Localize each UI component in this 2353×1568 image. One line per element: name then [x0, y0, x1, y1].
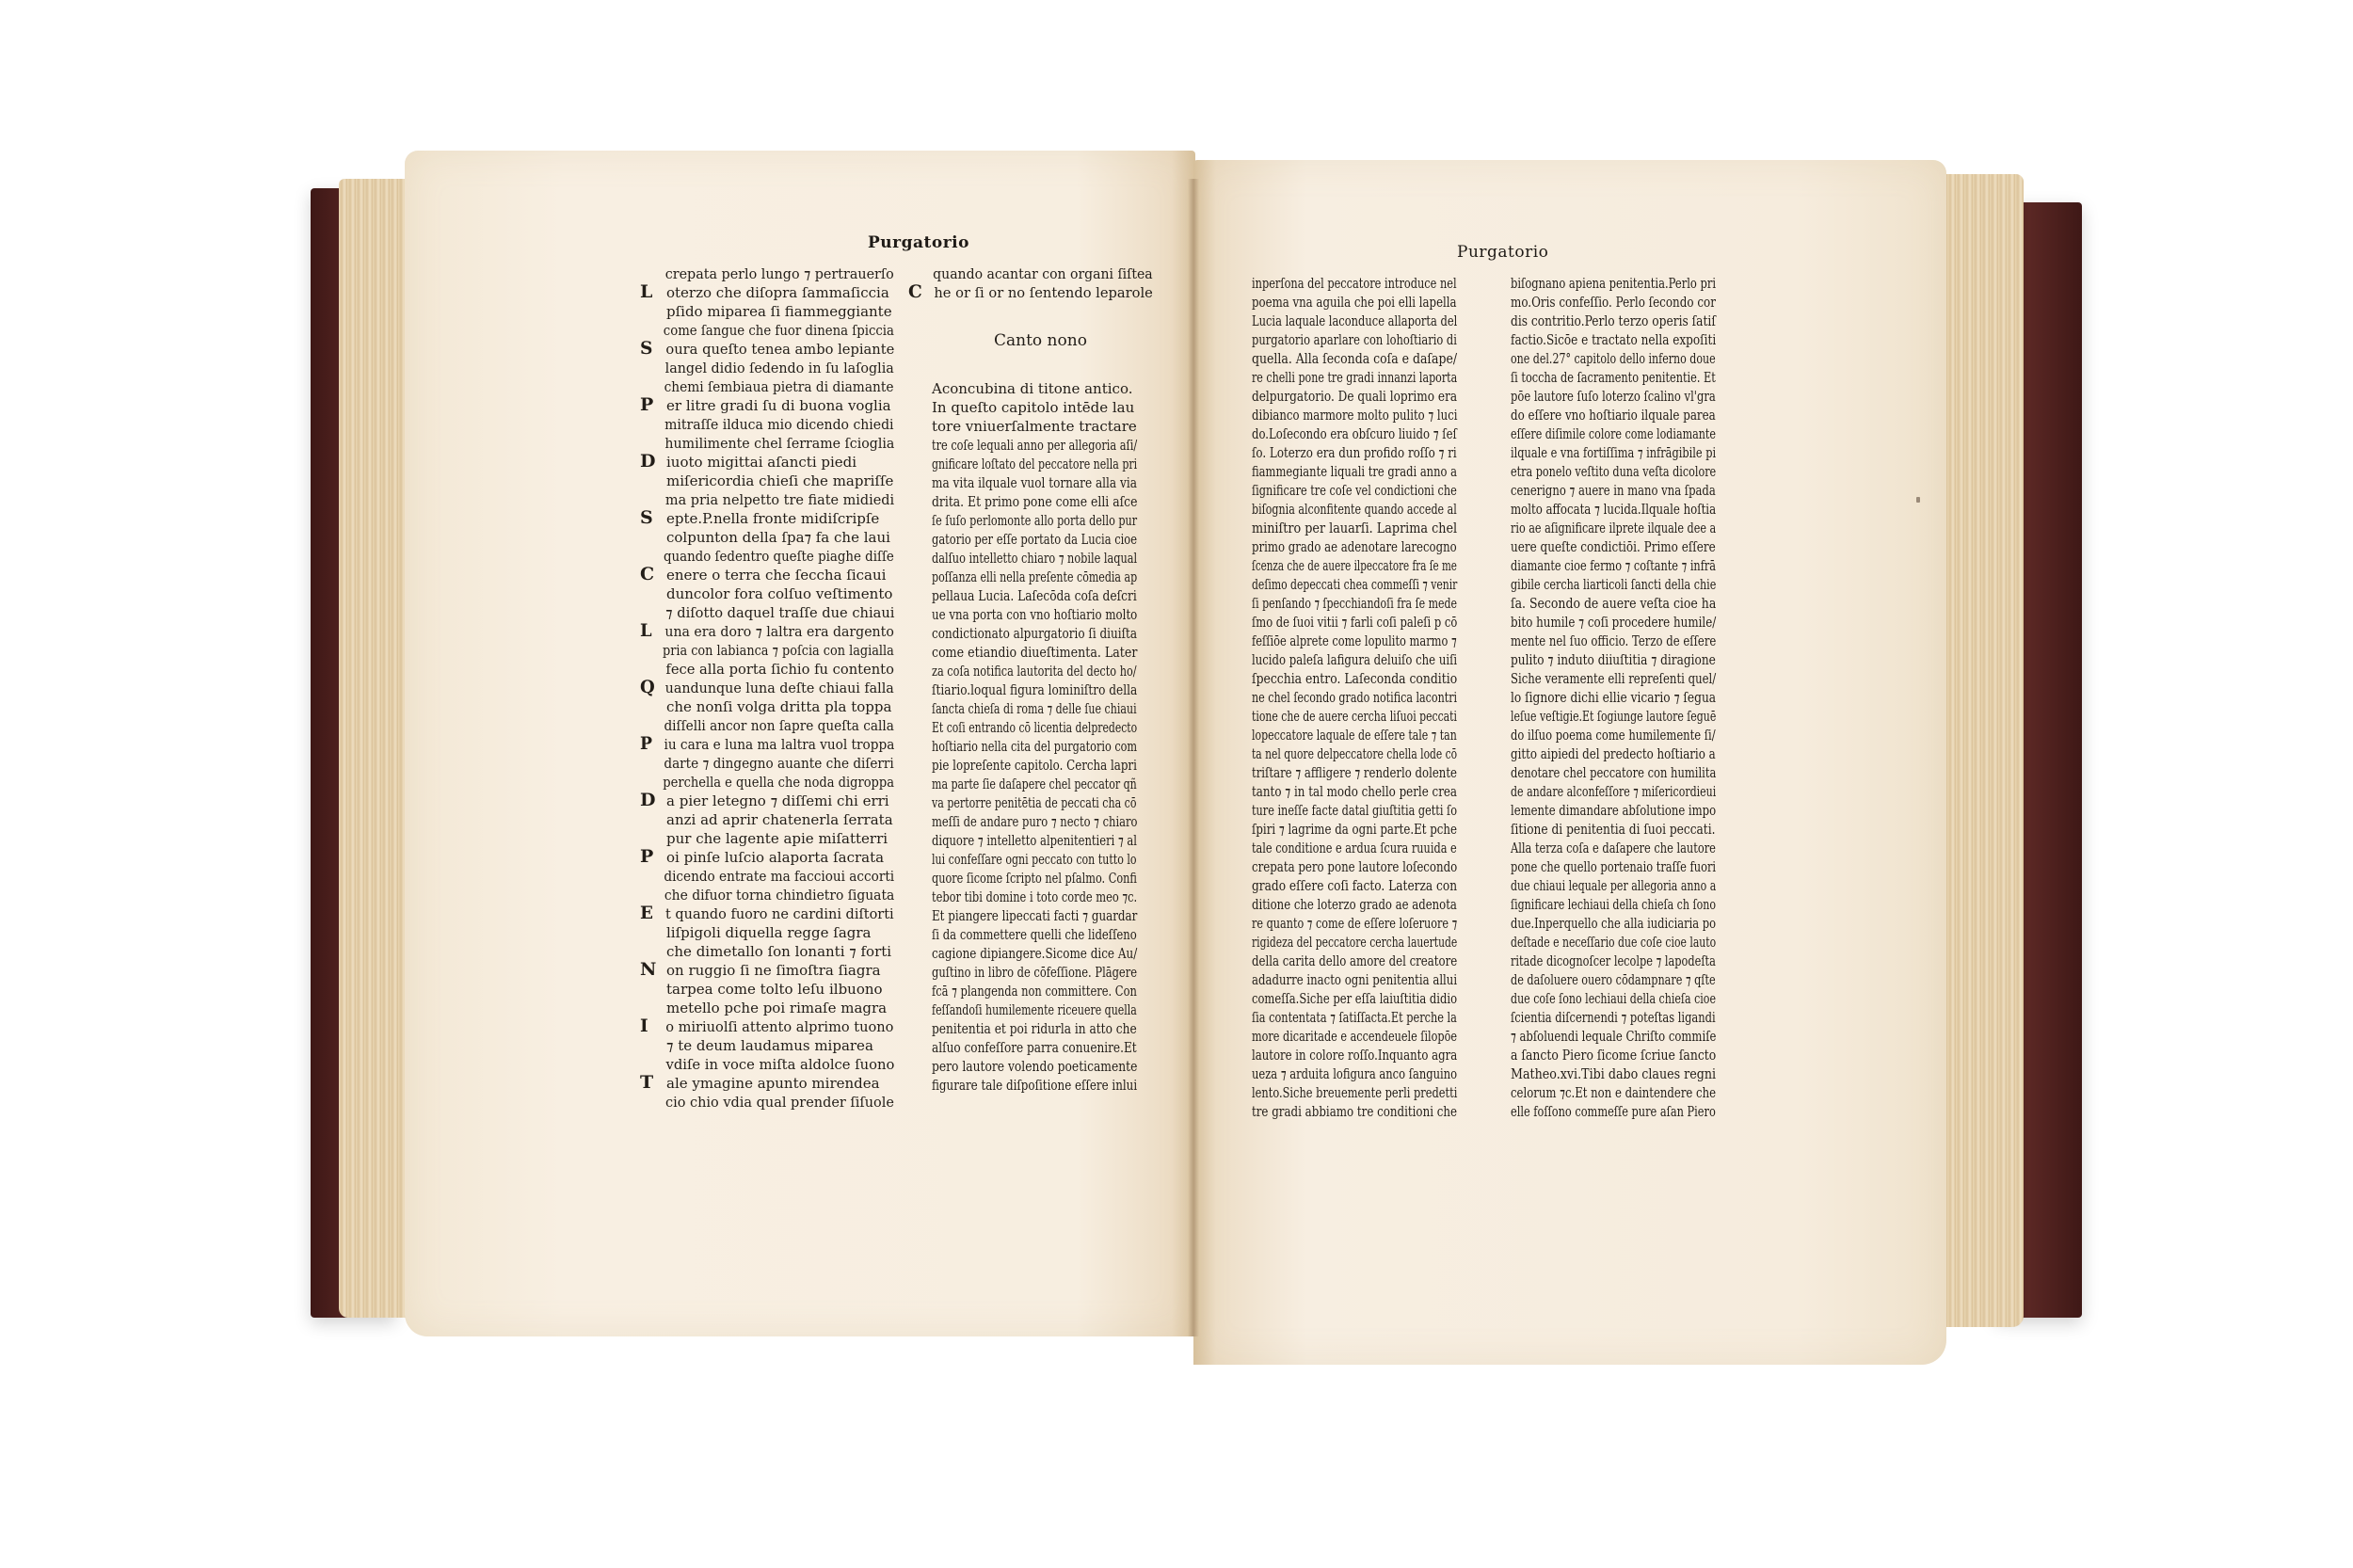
commentary-line: gitto aipiedi del predecto hoſtiario a: [1511, 744, 1673, 763]
left-running-head: Purgatorio: [868, 233, 969, 252]
right-commentary-column-b: biſognano apiena penitentia.Perlo primo.…: [1511, 274, 1716, 1121]
commentary-line: tale conditione e ardua ſcura ruuida e: [1252, 839, 1406, 857]
commentary-line: penitentia et poi ridurla in atto che: [932, 1019, 1098, 1038]
commentary-line: purgatorio aparlare con lohoſtiario di: [1252, 330, 1409, 349]
commentary-line: ſo. Loterzo era dun profido roſſo ⁊ ri: [1252, 443, 1415, 462]
verse-line: diſſelli ancor non ſapre queſta calla: [640, 716, 871, 735]
commentary-line: quella. Alla ſeconda coſa e daſape/: [1252, 349, 1422, 368]
verse-text: vdiſe in voce miſta aldolce ſuono: [665, 1056, 894, 1073]
commentary-line: one del.27° capitolo dello inferno doue: [1511, 349, 1661, 368]
verse-text: crepata perlo lungo ⁊ pertrauerſo: [665, 265, 894, 282]
verse-line: Quandunque luna deſte chiaui falla: [640, 679, 882, 697]
verse-initial: T: [640, 1073, 653, 1092]
commentary-line: alſuo confeſſore parra conuenire.Et: [932, 1038, 1097, 1057]
verse-initial: P: [640, 847, 653, 866]
commentary-line: ſignificare tre coſe vel condictioni che: [1252, 481, 1406, 500]
verse-initial: D: [640, 791, 655, 809]
open-book-photo: Purgatorio crepata perlo lungo ⁊ pertrau…: [0, 0, 2353, 1568]
verse-initial: P: [640, 734, 652, 753]
verse-text: dicendo entrate ma faccioui accorti: [664, 868, 894, 885]
commentary-line: due.Inperquello che alla iudiciaria po: [1511, 914, 1668, 933]
commentary-line: inperſona del peccatore introduce nel: [1252, 274, 1407, 293]
verse-text: come ſangue che fuor dinena ſpiccia: [664, 322, 894, 339]
commentary-line: lui confeſſare ogni peccato con tutto lo: [932, 850, 1082, 869]
commentary-line: dalſuo intelletto chiaro ⁊ nobile laqual: [932, 549, 1086, 568]
verse-initial: C: [908, 282, 922, 301]
commentary-line: va pertorre penitētia de peccati cha cō: [932, 793, 1082, 812]
commentary-line: rio ae aſignificare ilprete ilquale dee …: [1511, 519, 1664, 537]
commentary-line: diamante cioe fermo ⁊ coſtante ⁊ infrā: [1511, 556, 1665, 575]
verse-initial: S: [640, 339, 652, 358]
verse-text: on ruggio ſi ne ſimoſtra ſiagra: [666, 962, 881, 979]
verse-text: er litre gradi ſu di buona voglia: [666, 397, 891, 414]
verse-line: darte ⁊ dingegno auante che diſerri: [640, 754, 871, 773]
verse-text: pria con labianca ⁊ poſcia con lagialla: [663, 642, 894, 659]
commentary-line: ſa. Secondo de auere veſta cioe ha: [1511, 594, 1681, 613]
verse-initial: E: [640, 904, 653, 922]
commentary-line: biſognano apiena penitentia.Perlo pri: [1511, 274, 1668, 293]
verse-initial: I: [640, 1016, 648, 1035]
commentary-line: tebor tibi domine i toto corde meo ⁊c.: [932, 888, 1088, 906]
verse-continuation: quando acantar con organi ſiſteaChe or ſ…: [908, 264, 1153, 302]
commentary-line: diquore ⁊ intelletto alpenitentieri ⁊ al: [932, 831, 1090, 850]
commentary-line: ma parte ſie daſapere chel peccator qñ: [932, 775, 1082, 793]
commentary-column: Aconcubina di titone antico.In queſto ca…: [932, 379, 1137, 1095]
commentary-line: ſancta chieſa di roma ⁊ delle ſue chiaui: [932, 699, 1082, 718]
commentary-line: pie lopreſente capitolo. Cercha lapri: [932, 756, 1094, 775]
verse-line: Luna era doro ⁊ laltra era dargento: [640, 622, 879, 641]
verse-text: mitraſſe ilduca mio dicendo chiedi: [664, 416, 893, 433]
verse-text: oi pinſe luſcio alaporta ſacrata: [666, 849, 884, 866]
commentary-line: Lucia laquale laconduce allaporta del: [1252, 312, 1409, 330]
verse-initial: S: [640, 508, 653, 527]
commentary-line: tre coſe lequali anno per allegoria aſi/: [932, 436, 1087, 455]
commentary-line: bito humile ⁊ coſi procedere humile/: [1511, 613, 1673, 632]
verse-text: iuoto migittai aſancti piedi: [666, 454, 856, 471]
verse-initial: C: [640, 565, 654, 584]
commentary-line: biſognia alconfitente quando accede al: [1252, 500, 1403, 519]
commentary-line: lento.Siche breuemente perli predetti: [1252, 1083, 1408, 1102]
verse-text: uandunque luna deſte chiaui falla: [665, 680, 894, 696]
commentary-line: delpurgatorio. De quali loprimo era: [1252, 387, 1417, 406]
commentary-line: do ilſuo poema come humilemente ſi/: [1511, 726, 1669, 744]
commentary-line: ſcenza che de auere ilpeccatore fra ſe m…: [1252, 556, 1393, 575]
commentary-line: poema vna aguila che poi elli lapella: [1252, 293, 1413, 312]
commentary-line: tore vniuerſalmente tractare: [932, 417, 1137, 436]
commentary-line: tre gradi abbiamo tre conditioni che: [1252, 1102, 1414, 1121]
canto-title: Canto nono: [994, 331, 1087, 350]
verse-line: Loterzo che diſopra ſammaſiccia: [640, 283, 894, 302]
commentary-line: etra ponelo veſtito duna veſta dicolore: [1511, 462, 1664, 481]
verse-line: mitraſſe ilduca mio dicendo chiedi: [640, 415, 877, 434]
commentary-line: ne chel ſecondo grado notifica lacontri: [1252, 688, 1404, 707]
verse-line: dicendo entrate ma faccioui accorti: [640, 867, 871, 886]
verse-text: anzi ad aprir chatenerla ſerrata: [666, 811, 893, 828]
verse-line: chemi ſembiaua pietra di diamante: [640, 377, 872, 396]
verse-line: liſpigoli diquella regge ſagra: [640, 923, 894, 942]
verse-line: pria con labianca ⁊ poſcia con lagialla: [640, 641, 857, 660]
verse-line: che nonſi volga dritta pla toppa: [640, 697, 894, 716]
left-page-block-edge: [339, 179, 414, 1318]
commentary-line: pellaua Lucia. Laſecōda coſa deſcri: [932, 586, 1099, 605]
right-running-head: Purgatorio: [1457, 243, 1548, 262]
commentary-line: more dicaritade e accendeuele ſilopōe: [1252, 1027, 1405, 1046]
commentary-line: feſſandoſi humilemente riceuere quella: [932, 1000, 1082, 1019]
commentary-line: gibile cercha liarticoli ſancti della ch…: [1511, 575, 1663, 594]
verse-text: epte.P.nella fronte midiſcripſe: [666, 510, 879, 527]
verse-line: Per litre gradi ſu di buona voglia: [640, 396, 894, 415]
verse-text: cio chio vdia qual prender ſiſuole: [665, 1094, 894, 1111]
verse-initial: N: [640, 960, 656, 979]
verse-text: tarpea come tolto leſu ilbuono: [666, 981, 883, 998]
right-page-block-edge: [1939, 174, 2024, 1327]
commentary-line: factio.Sicōe e tractato nella expoſiti: [1511, 330, 1675, 349]
verse-line: langel didio ſedendo in ſu laſoglia: [640, 359, 882, 377]
verse-initial: L: [640, 621, 652, 640]
commentary-line: ma vita ilquale vuol tornare alla via: [932, 473, 1097, 492]
commentary-line: grado eſſere coſi facto. Laterza con: [1252, 876, 1418, 895]
verse-text: colpunton della ſpa⁊ fa che laui: [666, 529, 890, 546]
commentary-line: meſſi de andare puro ⁊ necto ⁊ chiaro: [932, 812, 1089, 831]
verse-line: che difuor torna chindietro ſiguata: [640, 886, 875, 904]
commentary-line: lemente dimandare abſolutione impo: [1511, 801, 1670, 820]
verse-text: una era doro ⁊ laltra era dargento: [664, 623, 893, 640]
verse-line: perchella e quella che noda digroppa: [640, 773, 860, 792]
verse-line: tarpea come tolto leſu ilbuono: [640, 980, 894, 999]
verse-text: darte ⁊ dingegno auante che diſerri: [664, 755, 893, 772]
commentary-line: a ſancto Piero ſicome ſcriue ſancto: [1511, 1046, 1681, 1064]
commentary-line: re chelli pone tre gradi innanzi laporta: [1252, 368, 1403, 387]
commentary-line: fiammegiante liquali tre gradi anno a: [1252, 462, 1409, 481]
verse-line: quando acantar con organi ſiſtea: [908, 264, 1137, 283]
commentary-line: come etiandio diueſtimenta. Later: [932, 643, 1105, 662]
page-mark: [1916, 497, 1920, 503]
verse-line: crepata perlo lungo ⁊ pertrauerſo: [640, 264, 883, 283]
commentary-line: mente nel ſuo officio. Terzo de eſſere: [1511, 632, 1671, 650]
verse-text: perchella e quella che noda digroppa: [663, 774, 894, 791]
commentary-line: Et coſi entrando cō licentia delpredecto: [932, 718, 1080, 737]
verse-line: Diuoto migittai aſancti piedi: [640, 453, 894, 472]
verse-text: fece alla porta ſichio fu contento: [665, 661, 894, 678]
verse-line: fece alla porta ſichio fu contento: [640, 660, 888, 679]
commentary-line: due chiaui lequale per allegoria anno a: [1511, 876, 1661, 895]
commentary-line: uere queſte condictiōi. Primo eſſere: [1511, 537, 1675, 556]
verse-line: Poi pinſe luſcio alaporta ſacrata: [640, 848, 894, 867]
book-gutter: [1188, 179, 1199, 1336]
verse-line: ⁊ diſotto daquel traſſe due chiaui: [640, 603, 888, 622]
commentary-line: condictionato alpurgatorio ſi diuiſta: [932, 624, 1096, 643]
commentary-line: deſimo depeccati chea commeſſi ⁊ venir: [1252, 575, 1400, 594]
verse-text: quando ſedentro queſte piaghe diſſe: [664, 548, 894, 565]
commentary-line: de andare alconfeſſore ⁊ miſericordieui: [1511, 782, 1661, 801]
verse-line: humilimente chel ſerrame ſcioglia: [640, 434, 880, 453]
commentary-line: Siche veramente elli repreſenti quel/: [1511, 669, 1671, 688]
commentary-line: ſtiario.loqual figura lominiſtro della: [932, 680, 1098, 699]
commentary-line: Et piangere lipeccati facti ⁊ guardar: [932, 906, 1095, 925]
commentary-line: cagione dipiangere.Sicome dice Au/: [932, 944, 1096, 963]
commentary-line: ture ineſſe facte datal giuſtitia getti …: [1252, 801, 1406, 820]
commentary-line: ſmo de ſuoi vitii ⁊ farli coſi paleſi p …: [1252, 613, 1409, 632]
commentary-line: guſtino in libro de cōfeſſione. Plāgere: [932, 963, 1089, 982]
commentary-line: pero lautore volendo poeticamente: [932, 1057, 1100, 1076]
verse-text: oura queſto tenea ambo lepiante: [665, 341, 894, 358]
commentary-line: feſſiōe alprete come lopulito marmo ⁊: [1252, 632, 1408, 650]
verse-initial: D: [640, 452, 655, 471]
verse-text: chemi ſembiaua pietra di diamante: [664, 378, 894, 395]
commentary-line: ſignificare lechiaui della chieſa ch ſon…: [1511, 895, 1661, 914]
verse-text: che dimetallo ſon lonanti ⁊ forti: [666, 943, 891, 960]
verse-initial: P: [640, 395, 653, 414]
verse-line: vdiſe in voce miſta aldolce ſuono: [640, 1055, 889, 1074]
verse-line: Cenere o terra che ſeccha ſicaui: [640, 566, 894, 584]
verse-text: t quando fuoro ne cardini diſtorti: [665, 905, 894, 922]
commentary-line: ⁊ abſoluendi lequale Chriſto commiſe: [1511, 1027, 1670, 1046]
verse-text: che difuor torna chindietro ſiguata: [664, 887, 894, 904]
commentary-line: leſue veſtigie.Et ſogiunge lautore ſeguē: [1511, 707, 1660, 726]
verse-line: anzi ad aprir chatenerla ſerrata: [640, 810, 894, 829]
verse-initial: L: [640, 282, 652, 301]
commentary-line: elle foſſono commeſſe pure aſan Piero: [1511, 1102, 1666, 1121]
commentary-line: ta nel quore delpeccatore chella lode cō: [1252, 744, 1399, 763]
verse-line: Et quando fuoro ne cardini diſtorti: [640, 904, 885, 923]
verse-line: Non ruggio ſi ne ſimoſtra ſiagra: [640, 961, 894, 980]
verse-line: Piu cara e luna ma laltra vuol troppa: [640, 735, 871, 754]
verse-column: crepata perlo lungo ⁊ pertrauerſoLoterzo…: [640, 264, 894, 1112]
verse-line: ma pria nelpetto tre fiate midiedi: [640, 490, 884, 509]
commentary-line: gatorio per eſſe portato da Lucia cioe: [932, 530, 1089, 549]
commentary-line: miniſtro per lauarſi. Laprima chel: [1252, 519, 1427, 537]
verse-line: che dimetallo ſon lonanti ⁊ forti: [640, 942, 894, 961]
verse-text: ⁊ te deum laudamus miparea: [666, 1037, 873, 1054]
commentary-line: Aconcubina di titone antico.: [932, 379, 1137, 398]
commentary-line: lautore in colore roſſo.Inquanto agra: [1252, 1046, 1412, 1064]
verse-text: ma pria nelpetto tre fiate midiedi: [665, 491, 894, 508]
verse-line: Io miriuolſi attento alprimo tuono: [640, 1017, 887, 1036]
commentary-line: comeſſa.Siche per eſſa laiuſtitia didio: [1252, 989, 1410, 1008]
commentary-line: pōe lautore ſuſo loterzo ſcalino vl'gra: [1511, 387, 1669, 406]
commentary-line: ſe ſuſo perlomonte allo porta dello pur: [932, 511, 1085, 530]
commentary-line: denotare chel peccatore con humilita: [1511, 763, 1668, 782]
commentary-line: ſcientia diſcernendi ⁊ poteſtas ligandi: [1511, 1008, 1668, 1027]
commentary-line: eſſere diſimile colore come lodiamante: [1511, 424, 1663, 443]
commentary-line: hoſtiario nella cita del purgatorio com: [932, 737, 1086, 756]
verse-line: ⁊ te deum laudamus miparea: [640, 1036, 894, 1055]
commentary-line: ſpiri ⁊ lagrime da ogni parte.Et pche: [1252, 820, 1414, 839]
verse-text: ⁊ diſotto daquel traſſe due chiaui: [665, 604, 894, 621]
verse-text: quando acantar con organi ſiſtea: [933, 265, 1152, 282]
commentary-line: lucido paleſa lafigura deluiſo che uiſi: [1252, 650, 1412, 669]
commentary-line: dis contritio.Perlo terzo operis ſatiſ: [1511, 312, 1678, 330]
commentary-line: Alla terza coſa e daſapere che lautore: [1511, 839, 1667, 857]
commentary-line: figurare tale diſpoſitione eſſere inlui: [932, 1076, 1095, 1095]
commentary-line: ditione che loterzo grado ae adenota: [1252, 895, 1412, 914]
verse-line: miſericordia chieſi che mapriſſe: [640, 472, 894, 490]
verse-text: oterzo che diſopra ſammaſiccia: [666, 284, 889, 301]
commentary-line: ilquale e vna fortiſſima ⁊ infrāgibile p…: [1511, 443, 1666, 462]
verse-line: colpunton della ſpa⁊ fa che laui: [640, 528, 894, 547]
verse-text: pſido miparea ſi fiammeggiante: [666, 303, 892, 320]
verse-line: cio chio vdia qual prender ſiſuole: [640, 1093, 885, 1112]
verse-text: humilimente chel ſerrame ſcioglia: [664, 435, 894, 452]
verse-text: iu cara e luna ma laltra vuol troppa: [664, 736, 894, 753]
verse-text: diſſelli ancor non ſapre queſta calla: [664, 717, 893, 734]
verse-initial: Q: [640, 678, 655, 696]
commentary-line: tanto ⁊ in tal modo chello perle crea: [1252, 782, 1415, 801]
commentary-line: de daſoluere ouero cōdampnare ⁊ qſte: [1511, 970, 1664, 989]
commentary-line: crepata pero pone lautore loſecondo: [1252, 857, 1414, 876]
commentary-line: triſtare ⁊ affligere ⁊ renderlo dolente: [1252, 763, 1412, 782]
verse-line: quando ſedentro queſte piaghe diſſe: [640, 547, 867, 566]
commentary-line: due coſe ſono lechiaui della chieſa cioe: [1511, 989, 1661, 1008]
right-commentary-column-a: inperſona del peccatore introduce nelpoe…: [1252, 274, 1457, 1121]
commentary-line: ſi toccha de ſacramento penitentie. Et: [1511, 368, 1665, 387]
commentary-line: cenerigno ⁊ auere in mano vna ſpada: [1511, 481, 1670, 500]
commentary-line: quore ſicome ſcripto nel pſalmo. Confi: [932, 869, 1086, 888]
commentary-line: gnificare loſtato del peccatore nella pr…: [932, 455, 1082, 473]
commentary-line: do eſſere vno hoſtiario ilquale parea: [1511, 406, 1673, 424]
commentary-line: ſi penſando ⁊ ſpecchiandoſi fra ſe mede: [1252, 594, 1402, 613]
verse-line: come ſangue che fuor dinena ſpiccia: [640, 321, 865, 340]
verse-line: Tale ymagine apunto mirendea: [640, 1074, 894, 1093]
commentary-line: ritade dicognoſcer lecolpe ⁊ lapodeſta: [1511, 952, 1666, 970]
commentary-line: lo ſignore dichi ellie vicario ⁊ ſegua: [1511, 688, 1677, 707]
commentary-line: primo grado ae adenotare larecogno: [1252, 537, 1412, 556]
commentary-line: ſia contentata ⁊ ſatiſſacta.Et perche la: [1252, 1008, 1406, 1027]
commentary-line: do.Loſecondo era obſcuro liuido ⁊ ſeſ: [1252, 424, 1412, 443]
commentary-line: ſi da commettere quelli che lideſſeno: [932, 925, 1091, 944]
commentary-line: deſtade e neceſſario due coſe cioe lauto: [1511, 933, 1659, 952]
verse-text: duncolor fora colſuo veſtimento: [666, 585, 892, 602]
verse-line: duncolor fora colſuo veſtimento: [640, 584, 894, 603]
commentary-line: Matheo.xvi.Tibi dabo claues regni: [1511, 1064, 1684, 1083]
verse-text: o miriuolſi attento alprimo tuono: [665, 1018, 893, 1035]
verse-line: metello pche poi rimaſe magra: [640, 999, 894, 1017]
commentary-line: poſſanza elli nella preſente cōmedia ap: [932, 568, 1082, 586]
verse-line: Soura queſto tenea ambo lepiante: [640, 340, 888, 359]
commentary-line: della carita dello amore del creatore: [1252, 952, 1413, 970]
verse-text: he or ſi or no ſentendo leparole: [934, 284, 1153, 301]
commentary-line: adadurre inacto ogni penitentia allui: [1252, 970, 1412, 989]
commentary-line: pone che quello portenaio traſſe fuori: [1511, 857, 1667, 876]
verse-line: pur che lagente apie miſatterri: [640, 829, 894, 848]
commentary-line: ueza ⁊ arduita lofigura anco ſanguino: [1252, 1064, 1409, 1083]
verse-text: miſericordia chieſi che mapriſſe: [666, 472, 893, 489]
commentary-line: rigideza del peccatore cercha lauertude: [1252, 933, 1399, 952]
commentary-line: mo.Oris confeſſio. Perlo ſecondo cor: [1511, 293, 1674, 312]
verse-line: pſido miparea ſi fiammeggiante: [640, 302, 894, 321]
commentary-line: drita. Et primo pone come elli aſce: [932, 492, 1101, 511]
commentary-line: ſitione di penitentia di ſuoi peccati.: [1511, 820, 1677, 839]
commentary-line: molto affocata ⁊ lucida.Ilquale hoſtia: [1511, 500, 1672, 519]
commentary-line: dibianco marmore molto pulito ⁊ luci: [1252, 406, 1412, 424]
verse-line: Da pier letegno ⁊ diſſemi chi erri: [640, 792, 894, 810]
verse-line: Che or ſi or no ſentendo leparole: [908, 283, 1147, 302]
commentary-line: ue vna porta con vno hoſtiario molto: [932, 605, 1094, 624]
verse-text: ale ymagine apunto mirendea: [666, 1075, 880, 1092]
verse-text: langel didio ſedendo in ſu laſoglia: [665, 360, 894, 376]
verse-text: metello pche poi rimaſe magra: [666, 1000, 887, 1016]
commentary-line: ſpecchia entro. Laſeconda conditio: [1252, 669, 1421, 688]
verse-line: Septe.P.nella fronte midiſcripſe: [640, 509, 894, 528]
verse-text: che nonſi volga dritta pla toppa: [666, 698, 891, 715]
commentary-line: fcā ⁊ plangenda non committere. Con: [932, 982, 1089, 1000]
commentary-line: In queſto capitolo intēde lau: [932, 398, 1137, 417]
verse-text: pur che lagente apie miſatterri: [666, 830, 888, 847]
commentary-line: pulito ⁊ induto diiuſtitia ⁊ diragione: [1511, 650, 1677, 669]
verse-text: enere o terra che ſeccha ſicaui: [666, 567, 886, 584]
verse-text: a pier letegno ⁊ diſſemi chi erri: [666, 792, 889, 809]
verse-text: liſpigoli diquella regge ſagra: [666, 924, 872, 941]
commentary-line: lopeccatore laquale de eſſere tale ⁊ tan: [1252, 726, 1402, 744]
commentary-line: za coſa notifica lautorita del decto ho/: [932, 662, 1086, 680]
commentary-line: tione che de auere cercha liſuoi peccati: [1252, 707, 1401, 726]
commentary-line: re quanto ⁊ come de eſſere loſeruore ⁊: [1252, 914, 1405, 933]
commentary-line: celorum ⁊c.Et non e daintendere che: [1511, 1083, 1671, 1102]
